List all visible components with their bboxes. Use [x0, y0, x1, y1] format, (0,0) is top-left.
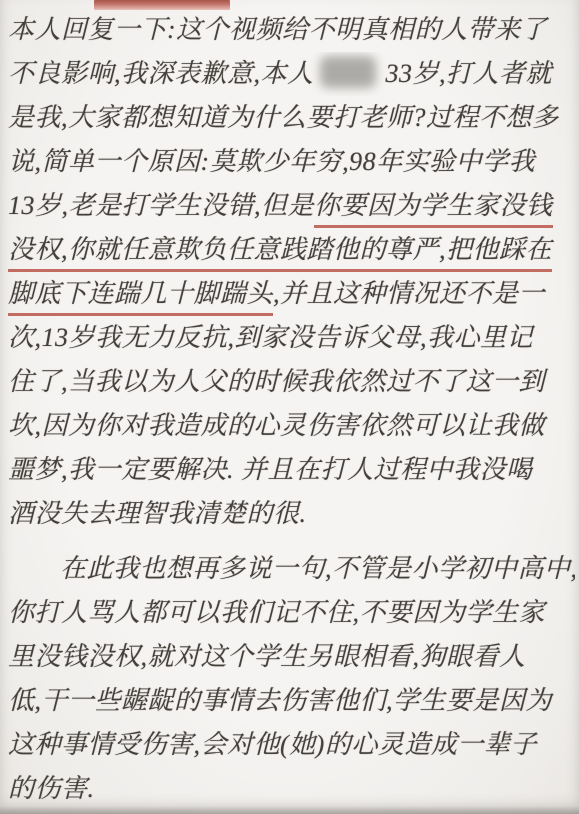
line-segment: 不良影响,我深表歉意,本人	[8, 59, 314, 88]
line-segment: 你打人骂人都可以我们记不住,不要因为学生家	[8, 598, 545, 627]
text-line: 本人回复一下:这个视频给不明真相的人带来了	[8, 8, 575, 52]
text-line: 次,13岁我无力反抗,到家没告诉父母,我心里记	[8, 316, 575, 360]
line-segment: 这种事情受伤害,会对他(她)的心灵造成一辈子	[8, 730, 537, 759]
line-segment: 的伤害.	[8, 774, 95, 803]
letter-text: 本人回复一下:这个视频给不明真相的人带来了 不良影响,我深表歉意,本人33岁,打…	[8, 8, 575, 811]
text-line: 噩梦,我一定要解决. 并且在打人过程中我没喝	[8, 448, 575, 492]
text-line: 你打人骂人都可以我们记不住,不要因为学生家	[8, 591, 575, 635]
text-line: 脚底下连踹几十脚踹头,并且这种情况还不是一	[8, 272, 575, 316]
underlined-phrase: 脚底下连踹几十脚踹头	[8, 279, 273, 316]
line-segment: ,并且这种情况还不是一	[273, 279, 545, 308]
line-segment: 坎,因为你对我造成的心灵伤害依然可以让我做	[8, 411, 545, 440]
text-line: 13岁,老是打学生没错,但是你要因为学生家没钱	[8, 184, 575, 228]
line-segment: 低,干一些龌龊的事情去伤害他们,学生要是因为	[8, 686, 552, 715]
line-segment: 住了,当我以为人父的时候我依然过不了这一到	[8, 367, 545, 396]
line-segment: 在此我也想再多说一句,不管是小学初中高中,	[60, 554, 575, 583]
text-line: 在此我也想再多说一句,不管是小学初中高中,	[8, 547, 575, 591]
text-line: 低,干一些龌龊的事情去伤害他们,学生要是因为	[8, 679, 575, 723]
text-line: 这种事情受伤害,会对他(她)的心灵造成一辈子	[8, 723, 575, 767]
line-segment: 说,简单一个原因:莫欺少年穷,98年实验中学我	[8, 147, 535, 176]
text-line: 酒没失去理智我清楚的很.	[8, 492, 575, 536]
line-segment: 酒没失去理智我清楚的很.	[8, 499, 307, 528]
line-segment: 次,13岁我无力反抗,到家没告诉父母,我心里记	[8, 323, 533, 352]
text-line: 里没钱没权,就对这个学生另眼相看,狗眼看人	[8, 635, 575, 679]
text-line: 没权,你就任意欺负任意践踏他的尊严,把他踩在	[8, 228, 575, 272]
line-segment: 33岁,打人者就	[386, 59, 553, 88]
text-line: 坎,因为你对我造成的心灵伤害依然可以让我做	[8, 404, 575, 448]
line-segment: 本人回复一下:这个视频给不明真相的人带来了	[8, 15, 547, 44]
underlined-phrase: 你要因为学生家没钱	[314, 191, 553, 228]
text-line: 说,简单一个原因:莫欺少年穷,98年实验中学我	[8, 140, 575, 184]
photo-edge-shadow	[0, 806, 579, 814]
line-segment: 噩梦,我一定要解决. 并且在打人过程中我没喝	[8, 455, 533, 484]
line-segment: 里没钱没权,就对这个学生另眼相看,狗眼看人	[8, 642, 526, 671]
text-line: 的伤害.	[8, 767, 575, 811]
underlined-phrase: 没权,你就任意欺负任意践踏他的尊严,把他踩在	[8, 235, 552, 272]
redacted-name-blur	[320, 56, 376, 88]
handwritten-letter-photo: 本人回复一下:这个视频给不明真相的人带来了 不良影响,我深表歉意,本人33岁,打…	[0, 0, 579, 814]
text-line: 住了,当我以为人父的时候我依然过不了这一到	[8, 360, 575, 404]
text-line: 是我,大家都想知道为什么要打老师?过程不想多	[8, 96, 575, 140]
text-line: 不良影响,我深表歉意,本人33岁,打人者就	[8, 52, 575, 96]
line-segment: 是我,大家都想知道为什么要打老师?过程不想多	[8, 103, 559, 132]
line-segment: 13岁,老是打学生没错,但是	[8, 191, 314, 220]
